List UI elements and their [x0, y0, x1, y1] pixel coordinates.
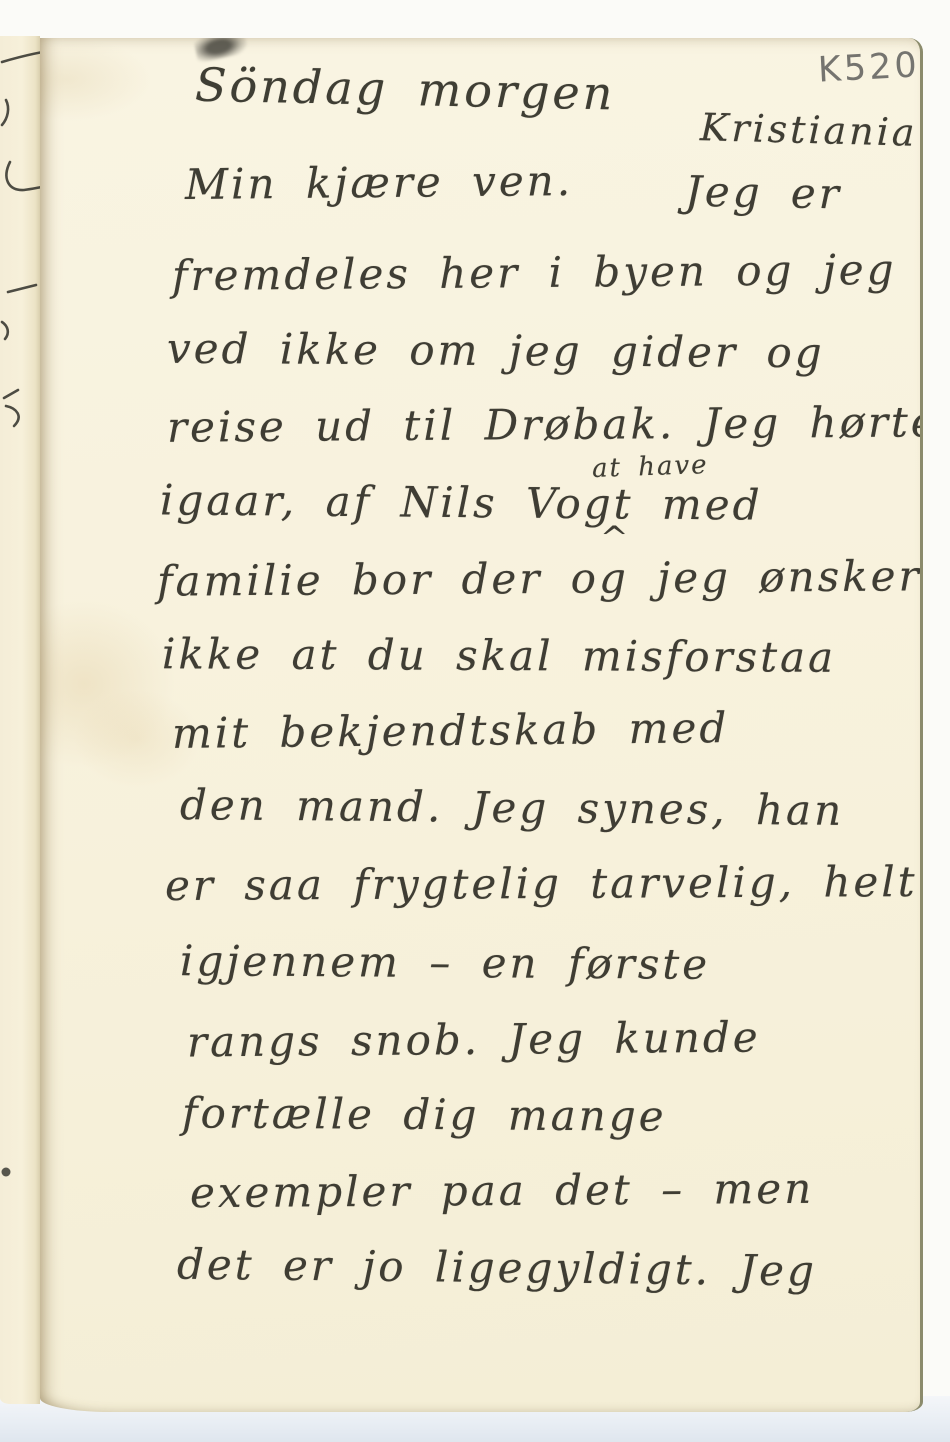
letter-line: den mand. Jeg synes, han	[180, 780, 845, 835]
letter-line: familie bor der og jeg ønsker	[157, 551, 922, 605]
salutation: Min kjære ven.	[185, 156, 574, 209]
adjacent-page-sliver	[0, 36, 40, 1404]
insertion-caret: ^	[600, 520, 632, 556]
letter-line: igaar, af Nils Vogt med	[160, 475, 763, 529]
letter-page: K520 Söndag morgen Kristiania Min kjære …	[40, 38, 923, 1412]
letter-line: rangs snob. Jeg kunde	[187, 1012, 761, 1066]
letter-line: Jeg er	[685, 167, 843, 219]
letter-line: fortælle dig mange	[182, 1088, 667, 1140]
letter-line: igjennem – en første	[180, 936, 710, 989]
place-line: Kristiania	[699, 105, 918, 155]
letter-line: fremdeles her i byen og jeg	[172, 245, 897, 300]
letter-line: mit bekjendtskab med	[172, 703, 730, 758]
letter-line: exempler paa det – men	[190, 1164, 815, 1217]
letter-line: ved ikke om jeg gider og	[167, 324, 825, 378]
letter-line: det er jo ligegyldigt. Jeg	[177, 1240, 817, 1296]
catalog-number: K520	[817, 45, 921, 90]
dateline: Söndag morgen	[194, 58, 615, 121]
scan-stage: K520 Söndag morgen Kristiania Min kjære …	[0, 0, 950, 1442]
letter-line: ikke at du skal misforstaa	[162, 629, 836, 682]
letter-line: reise ud til Drøbak. Jeg hørte	[167, 397, 923, 451]
letter-line: er saa frygtelig tarvelig, helt	[165, 857, 918, 910]
